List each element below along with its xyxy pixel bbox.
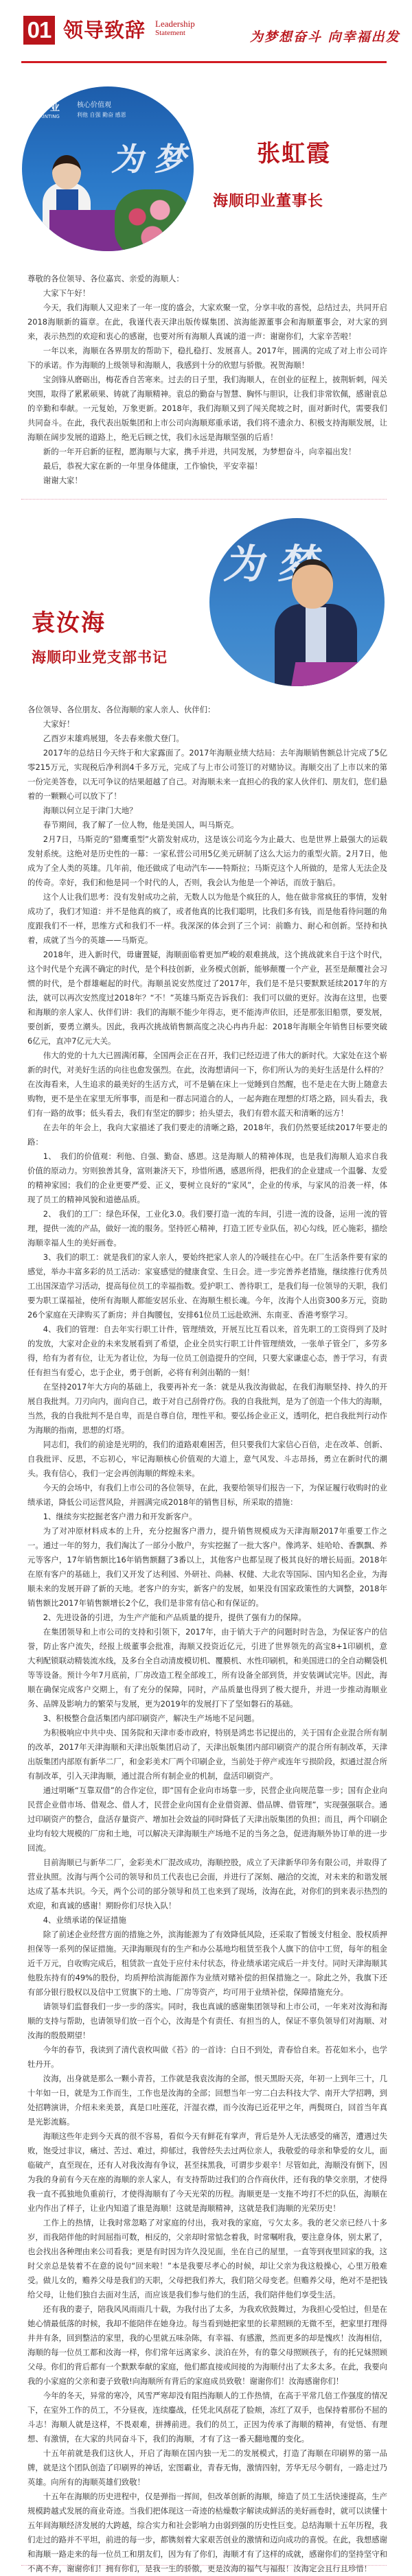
section-number-badge: 01 bbox=[23, 16, 55, 45]
speech-paragraph: 4、业绩承诺的保证措施 bbox=[27, 1913, 387, 1928]
speaker1-role: 海顺印业董事长 bbox=[213, 189, 323, 211]
section-title: 领导致辞 bbox=[63, 18, 146, 43]
section-header: 01 领导致辞 Leadership Statement 为梦想奋斗 向幸福出发 bbox=[23, 16, 387, 46]
dotted-divider bbox=[21, 2565, 387, 2566]
podium bbox=[288, 662, 385, 686]
speech-paragraph: 一年以来，海顺在各界朋友的帮助下，稳扎稳打、发展喜人。2017年，圆满的完成了对… bbox=[27, 344, 387, 373]
speech-paragraph: 各位领导、各位朋友、各位海顺的家人亲人、伙伴们： bbox=[27, 703, 387, 717]
speech-paragraph: 除了前述企业经营方面的措施之外，滨海能源为了有效降低风险，还采取了暂缓支付租金、… bbox=[27, 1928, 387, 2000]
speech-paragraph: 在集团领导和上市公司的支持和引领下，2017年，由于销大于产的问题时时告急，为保… bbox=[27, 1625, 387, 1711]
speech-paragraph: 宝剑锋从磨砺出，梅花香自苦寒来。过去的日子里，我们海顺人，在创业的征程上，披荆斩… bbox=[27, 373, 387, 445]
speech-paragraph: 2、 我们的工厂：绿色环保，工业化3.0。我们要打造一流的车间，引进一流的设备，… bbox=[27, 1207, 387, 1250]
photo-banner-company-en: N PRINTING bbox=[32, 114, 60, 119]
speech-paragraph: 在去年的年会上，我向大家描述了我们要走的清晰之路，2018年，我们仍然要延续20… bbox=[27, 1121, 387, 1149]
speech-paragraph: 春节期间，我了解了一位人物，他是美国人，叫马斯克。 bbox=[27, 818, 387, 832]
speech-paragraph: 伟大的党的十九大已圆满闭幕，全国两会正在召开，我们已经迈进了伟大的新时代。大家处… bbox=[27, 1049, 387, 1121]
speech-paragraph: 2月7日，马斯克的“猎鹰重型”火箭发射成功，这是该公司迄今为止最大、也是世界上最… bbox=[27, 832, 387, 890]
speaker2-speech: 各位领导、各位朋友、各位海顺的家人亲人、伙伴们： 大家好！ 乙酉岁末雄鸡展翅，冬… bbox=[27, 703, 387, 2576]
speech-paragraph: 4、我们的管理：自去年实行职工计件，管理绩效，开展互比互看以来，首先职工的工资得… bbox=[27, 1322, 387, 1380]
speech-paragraph: 为积极响应中共中央、国务院和天津市委市政府，特别是鸿忠书记提出的，关于国有企业混… bbox=[27, 1726, 387, 1783]
header-divider bbox=[21, 61, 387, 63]
speech-paragraph: 十五年在海顺的历史进程中，仅是弹指一挥间，但改革创新的海顺，缔造了员工生活快速提… bbox=[27, 2490, 387, 2576]
speech-paragraph: 通过明晰“互靠双借”的合作定位，即“国有企业向市场靠一步，民营企业向规范靠一步；… bbox=[27, 1783, 387, 1855]
speech-paragraph: 目前海顺已与新华二厂，金彩美术厂混改成功，海顺控股，成立了天津新华印务有限公司，… bbox=[27, 1855, 387, 1913]
dotted-divider bbox=[21, 499, 387, 500]
speech-paragraph: 十五年前就是我们这伙人，开启了海顺在国内独一无二的发展模式，打造了海顺在印刷界的… bbox=[27, 2446, 387, 2490]
speaker2-photo: 为 梦 bbox=[209, 518, 385, 686]
photo-banner-values: 利他 自强 勤奋 感恩 bbox=[77, 111, 126, 119]
speech-paragraph: 请领导们监督我们一步一步的落实。同时，我也真诚的感谢集团领导和上市公司，一年来对… bbox=[27, 2000, 387, 2043]
speech-paragraph: 在坚持2017年大方向的基础上，我要再补充一条：就是从我汝海做起，在我们海顺坚持… bbox=[27, 1380, 387, 1438]
podium bbox=[49, 210, 125, 251]
speech-paragraph: 今年的冬天，异常的寒冷，风雪严寒却没有阻挡海顺人的工作热情，在高于平常几倍工作强… bbox=[27, 2389, 387, 2446]
speaker2-shirt bbox=[306, 607, 326, 669]
speech-paragraph: 今年的春节，我读到了清代袁枚叫做《苔》的一首诗：白日不到处，青春恰自来。苔花如米… bbox=[27, 2043, 387, 2072]
speaker2-name: 袁汝海 bbox=[32, 604, 106, 637]
photo-calligraphy: 为 梦 bbox=[111, 134, 185, 180]
photo-banner-company: 印 业 bbox=[37, 100, 60, 114]
speech-paragraph: 为了对冲原材料成本的上升，充分挖掘客户潜力，提升销售规模成为天津海顺2017年重… bbox=[27, 1524, 387, 1611]
speech-paragraph: 谢谢大家！ bbox=[27, 473, 387, 488]
speaker2-role: 海顺印业党支部书记 bbox=[32, 646, 168, 667]
speech-paragraph: 2018年，进入新时代，毋庸置疑，海顺面临着更加严峻的艰难挑战，这个挑战就来自于… bbox=[27, 948, 387, 1049]
speech-paragraph: 海顺这些年走到今天真的很不容易，看似今天有鲜花有掌声，背后是外人无法感受的痛苦，… bbox=[27, 2129, 387, 2216]
calligraphy-slogan: 为梦想奋斗 向幸福出发 bbox=[250, 27, 400, 45]
speech-paragraph: 2017年的总结日今天终于和大家露面了。2017年海顺业绩大结局：去年海顺销售额… bbox=[27, 746, 387, 804]
speech-paragraph: 最后，恭祝大家在新的一年里身体健康，工作愉快，平安幸福！ bbox=[27, 459, 387, 473]
speech-paragraph: 大家下午好！ bbox=[27, 286, 387, 301]
section-title-en-line1: Leadership bbox=[155, 20, 195, 28]
speaker1-photo: 印 业 N PRINTING 核心价值观 利他 自强 勤奋 感恩 为 梦 bbox=[22, 86, 194, 251]
speaker2-head bbox=[292, 559, 333, 609]
speaker1-name: 张虹霞 bbox=[257, 134, 331, 168]
speech-paragraph: 今天的会场中，有我们上市公司的各位领导，在此，我要给领导们报告一下，为保证履行收… bbox=[27, 1481, 387, 1510]
speech-paragraph: 尊敬的各位领导、各位嘉宾、亲爱的海顺人： bbox=[27, 272, 387, 286]
speech-paragraph: 汝海，出身就是那么一颗小青苔，工作就是我袁汝海的全部，恨天黑盼天亮，年初一上到年… bbox=[27, 2072, 387, 2129]
speech-paragraph: 这个人让我们思考：没有发射成功之前，无数人以为他是个疯狂的人，他在做非常疯狂的事… bbox=[27, 890, 387, 948]
speaker1-head bbox=[52, 155, 81, 189]
speech-paragraph: 3、我们的职工：就是我们的家人亲人，要始终把家人亲人的冷暖挂在心中。在厂生活条件… bbox=[27, 1250, 387, 1322]
speech-paragraph: 工作上的热情，让我时常忽略了对家庭的付出，我对我的家庭，亏欠太多。我的老父亲已经… bbox=[27, 2216, 387, 2302]
photo-banner-values-title: 核心价值观 bbox=[77, 99, 111, 109]
speech-paragraph: 今天，我们海顺人又迎来了一年一度的盛会，大家欢聚一堂，分享丰收的喜悦，总结过去，… bbox=[27, 301, 387, 344]
speech-paragraph: 还有我的妻子，陪我风风雨雨几十载，为我付出了太多，为我欢欣鼓舞过，为我担心受怕过… bbox=[27, 2302, 387, 2389]
speech-paragraph: 同志们，我们的前途是光明的，我们的道路艰难困苦，但只要我们大家信心百倍，走在改革… bbox=[27, 1438, 387, 1481]
speech-paragraph: 1、 我们的价值观：利他、自强、勤奋、感恩。这是海顺人的精神体现，也是我们海顺人… bbox=[27, 1149, 387, 1207]
speech-paragraph: 新的一年开启新的征程，愿海顺与大家，携手并进，共同发展，为梦想奋斗，向幸福出发！ bbox=[27, 445, 387, 459]
speech-paragraph: 乙酉岁末雄鸡展翅，冬去春来傲犬登门。 bbox=[27, 731, 387, 746]
speech-paragraph: 3、积极整合盘活集团内部印刷资产，解决生产场地不足问题。 bbox=[27, 1711, 387, 1726]
speaker1-speech: 尊敬的各位领导、各位嘉宾、亲爱的海顺人： 大家下午好！ 今天，我们海顺人又迎来了… bbox=[27, 272, 387, 488]
speech-paragraph: 海顺以何立足于津门大地？ bbox=[27, 804, 387, 818]
speech-paragraph: 大家好！ bbox=[27, 717, 387, 731]
section-title-en-line2: Statement bbox=[155, 29, 195, 37]
flower-arrangement bbox=[115, 189, 190, 251]
speech-paragraph: 1、继续夯实挖掘老客户潜力和开发新客户。 bbox=[27, 1510, 387, 1524]
speech-paragraph: 2、先进设备的引进，为生产产能和产品质量的提升，提供了强有力的保障。 bbox=[27, 1611, 387, 1625]
section-title-english: Leadership Statement bbox=[155, 20, 195, 37]
